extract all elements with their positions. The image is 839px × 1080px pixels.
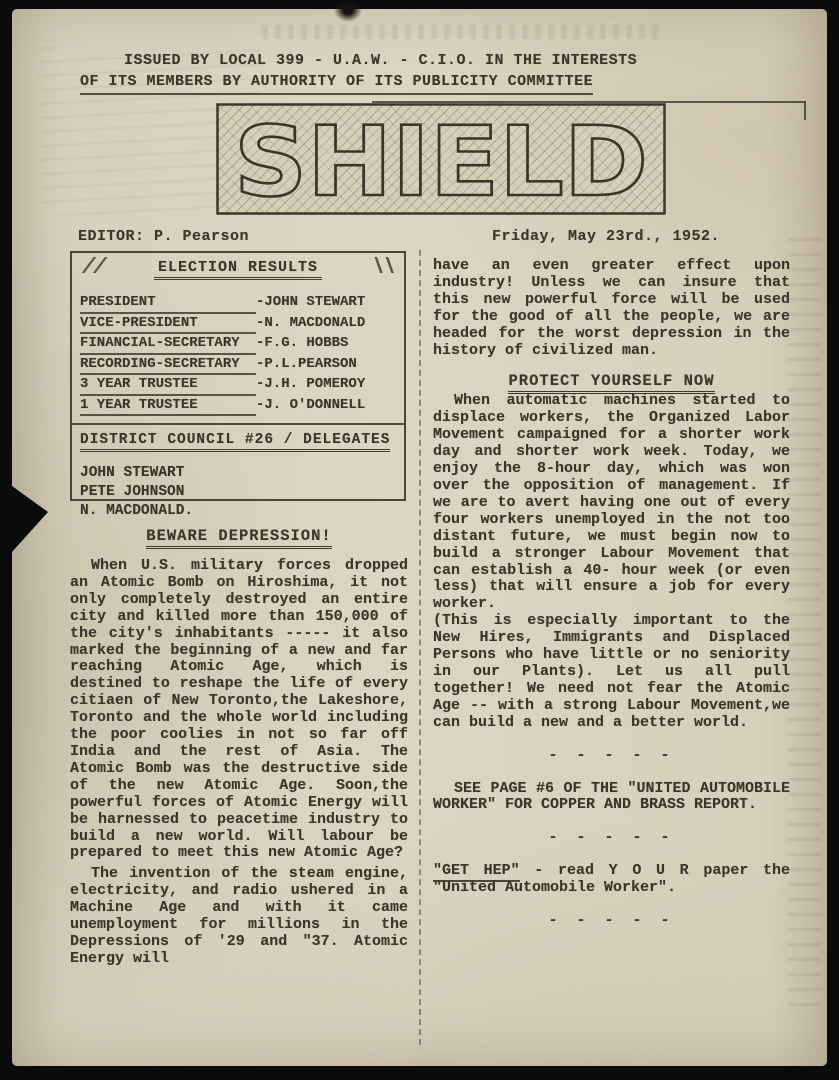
delegate-name: N. MACDONALD.: [80, 502, 396, 521]
election-results-title: ELECTION RESULTS: [154, 259, 322, 280]
left-article-body: When U.S. military forces dropped an Ato…: [70, 558, 408, 968]
office-label: 1 YEAR TRUSTEE: [80, 396, 256, 417]
dash-separator: - - - - -: [433, 829, 790, 846]
scanned-newsletter-page: { "colors": { "ink": "#3b352b", "paper":…: [0, 0, 839, 1080]
delegates-list: JOHN STEWART PETE JOHNSON N. MACDONALD.: [80, 464, 396, 521]
masthead-art: SHIELD: [216, 103, 666, 215]
corner-hatch-right: \\: [372, 255, 394, 280]
election-row: 3 YEAR TRUSTEE -J.H. POMEROY: [80, 375, 396, 396]
masthead: SHIELD: [216, 103, 666, 215]
publisher-header: ISSUED BY LOCAL 399 - U.A.W. - C.I.O. IN…: [80, 50, 637, 95]
officer-name: -P.L.PEARSON: [256, 355, 396, 376]
notice-page6: SEE PAGE #6 OF THE "UNITED AUTOMOBILE WO…: [433, 781, 790, 815]
dash-separator: - - - - -: [433, 747, 790, 764]
election-row: PRESIDENT -JOHN STEWART: [80, 293, 396, 314]
publisher-line-1: ISSUED BY LOCAL 399 - U.A.W. - C.I.O. IN…: [124, 50, 637, 71]
dash-separator: - - - - -: [433, 912, 790, 929]
election-row: 1 YEAR TRUSTEE -J. O'DONNELL: [80, 396, 396, 417]
election-row: RECORDING-SECRETARY -P.L.PEARSON: [80, 355, 396, 376]
officer-name: -N. MACDONALD: [256, 314, 396, 335]
officer-name: -F.G. HOBBS: [256, 334, 396, 355]
district-council-heading: DISTRICT COUNCIL #26 / DELEGATES: [80, 432, 390, 452]
editor-line: EDITOR: P. Pearson: [78, 228, 249, 245]
paragraph: The invention of the steam engine, elect…: [70, 866, 408, 967]
paragraph: When automatic machines started to displ…: [433, 393, 790, 613]
column-divider: [419, 250, 421, 1045]
election-results-list: PRESIDENT -JOHN STEWART VICE-PRESIDENT -…: [80, 293, 396, 416]
right-column: have an even greater effect upon industr…: [433, 258, 790, 929]
office-label: VICE-PRESIDENT: [80, 314, 256, 335]
ink-smudge: [334, 2, 362, 22]
election-results-box: // ELECTION RESULTS \\ PRESIDENT -JOHN S…: [70, 251, 406, 501]
office-label: 3 YEAR TRUSTEE: [80, 375, 256, 396]
officer-name: -J.H. POMEROY: [256, 375, 396, 396]
election-box-header: // ELECTION RESULTS \\: [80, 257, 396, 291]
masthead-title: SHIELD: [234, 106, 648, 215]
election-row: VICE-PRESIDENT -N. MACDONALD: [80, 314, 396, 335]
torn-edge-notch: [12, 486, 48, 552]
article-heading-text: BEWARE DEPRESSION!: [146, 527, 331, 549]
article-heading-text: PROTECT YOURSELF NOW: [508, 372, 714, 394]
publisher-line-2: OF ITS MEMBERS BY AUTHORITY OF ITS PUBLI…: [80, 71, 593, 95]
corner-hatch-left: //: [82, 255, 104, 280]
article-heading-protect-yourself: PROTECT YOURSELF NOW: [433, 372, 790, 390]
officer-name: -J. O'DONNELL: [256, 396, 396, 417]
delegate-name: PETE JOHNSON: [80, 483, 396, 502]
officer-name: -JOHN STEWART: [256, 293, 396, 314]
delegate-name: JOHN STEWART: [80, 464, 396, 483]
election-row: FINANCIAL-SECRETARY -F.G. HOBBS: [80, 334, 396, 355]
notice-get-hep: "GET HEP" - read Y O U R paper the "Unit…: [433, 863, 790, 897]
bleed-through-texture: [262, 25, 662, 39]
date-line: Friday, May 23rd., 1952.: [492, 228, 720, 245]
paragraph: (This is especially important to the New…: [433, 613, 790, 731]
masthead-rule-tick: [804, 101, 806, 120]
office-label: RECORDING-SECRETARY: [80, 355, 256, 376]
continuation-paragraph: have an even greater effect upon industr…: [433, 258, 790, 359]
office-label: FINANCIAL-SECRETARY: [80, 334, 256, 355]
article-heading-beware-depression: BEWARE DEPRESSION!: [70, 527, 408, 545]
office-label: PRESIDENT: [80, 293, 256, 314]
box-divider: [72, 423, 404, 425]
paragraph: When U.S. military forces dropped an Ato…: [70, 558, 408, 862]
